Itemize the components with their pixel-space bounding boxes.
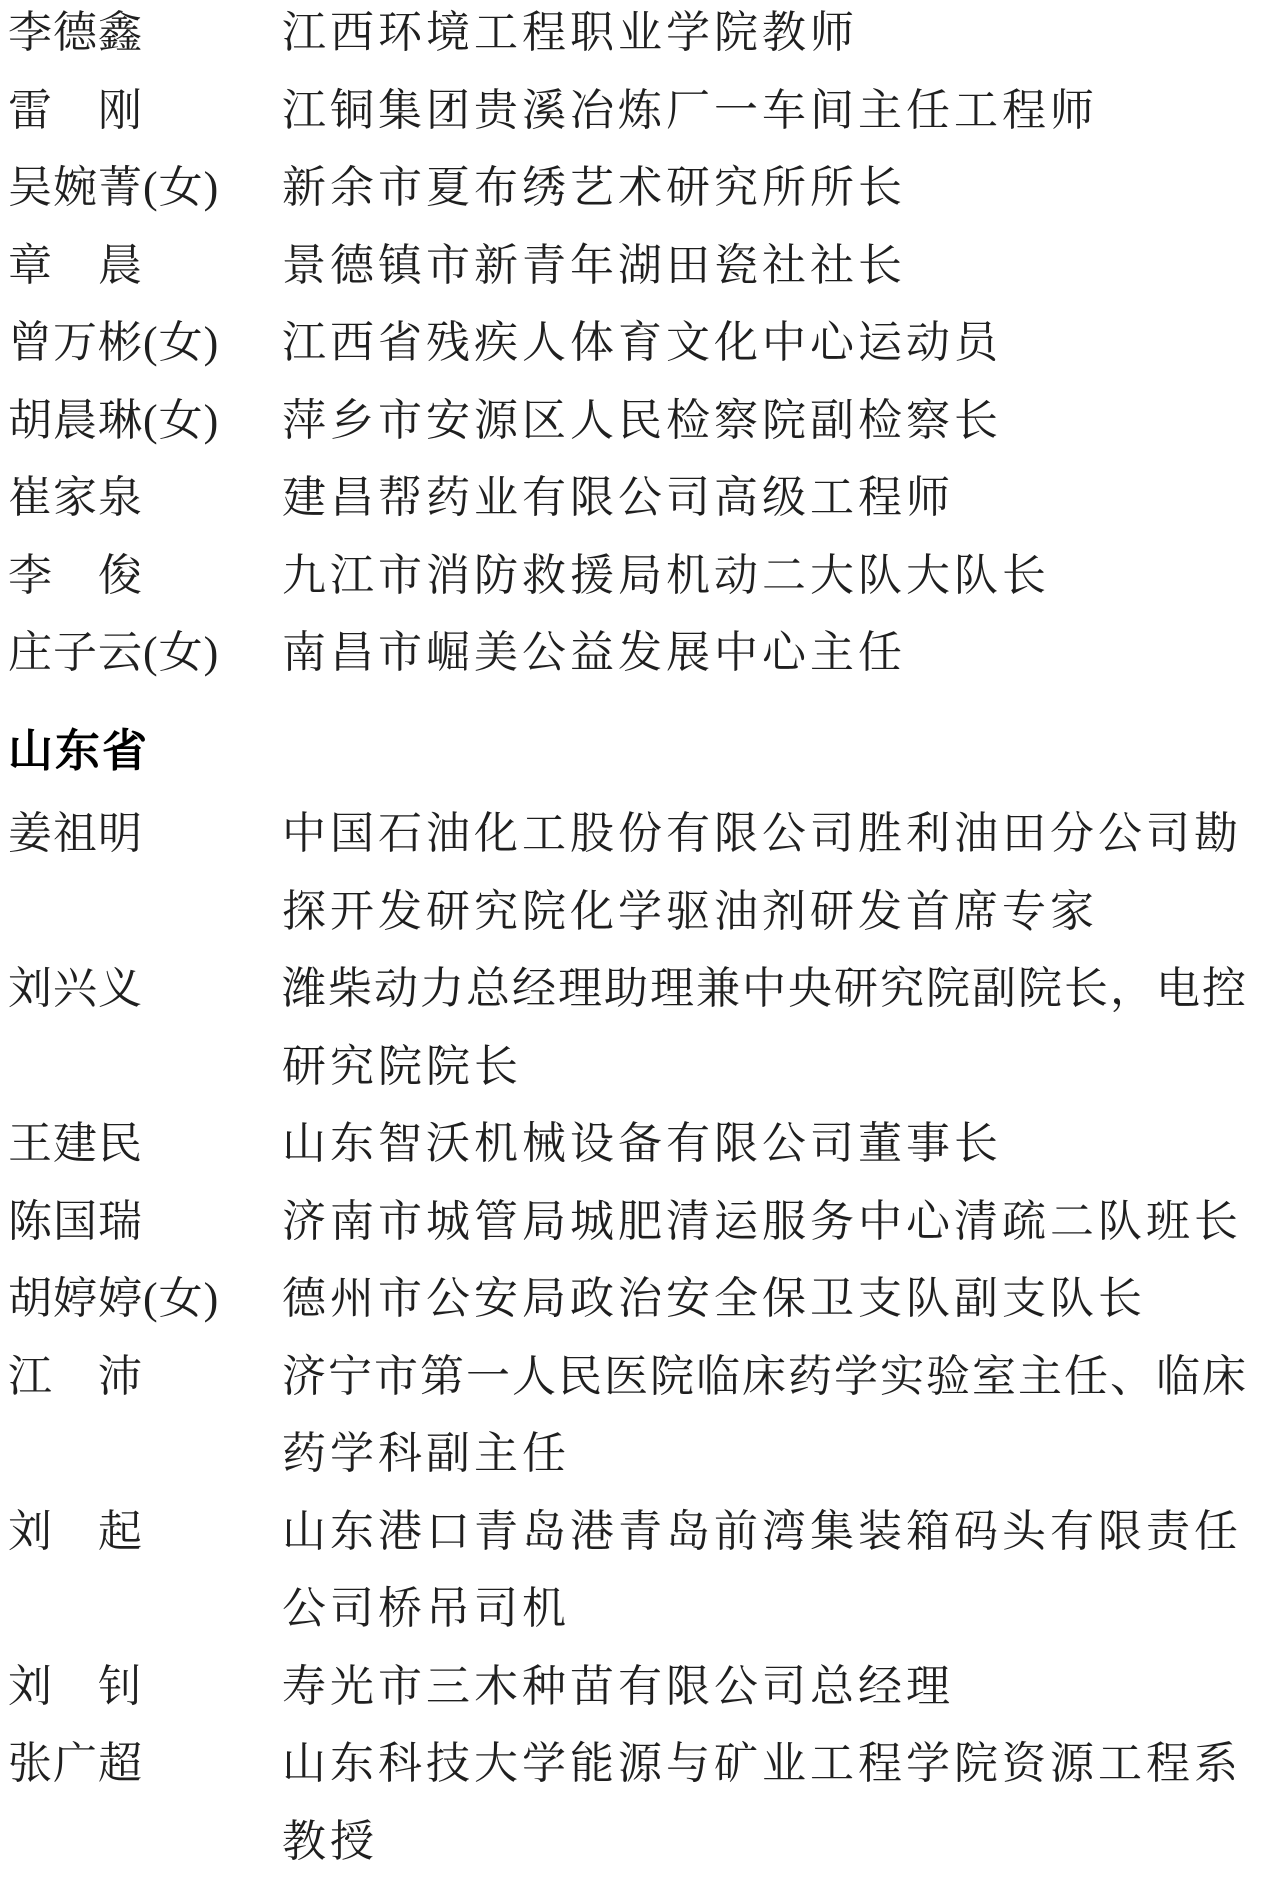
person-name: 王建民 — [8, 1105, 282, 1183]
person-name: 胡婷婷(女) — [8, 1260, 282, 1338]
person-title: 建昌帮药业有限公司高级工程师 — [282, 459, 1280, 537]
person-title-line: 研究院院长 — [282, 1028, 1280, 1106]
list-item: 刘 钊寿光市三木种苗有限公司总经理 — [8, 1648, 1280, 1726]
person-title-line: 建昌帮药业有限公司高级工程师 — [282, 459, 1280, 537]
person-title-line: 山东港口青岛港青岛前湾集装箱码头有限责任 — [282, 1493, 1280, 1571]
person-name: 刘 起 — [8, 1493, 282, 1571]
person-title-line: 济南市城管局城肥清运服务中心清疏二队班长 — [282, 1183, 1280, 1261]
person-title: 潍柴动力总经理助理兼中央研究院副院长，电控研究院院长 — [282, 950, 1280, 1105]
person-title: 江西省残疾人体育文化中心运动员 — [282, 304, 1280, 382]
list-item: 胡婷婷(女)德州市公安局政治安全保卫支队副支队长 — [8, 1260, 1280, 1338]
list-item: 姜祖明中国石油化工股份有限公司胜利油田分公司勘探开发研究院化学驱油剂研发首席专家 — [8, 795, 1280, 950]
person-title-line: 江西省残疾人体育文化中心运动员 — [282, 304, 1280, 382]
person-title: 九江市消防救援局机动二大队大队长 — [282, 537, 1280, 615]
person-name: 刘 钊 — [8, 1648, 282, 1726]
person-title: 寿光市三木种苗有限公司总经理 — [282, 1648, 1280, 1726]
person-name: 曾万彬(女) — [8, 304, 282, 382]
person-title: 江铜集团贵溪冶炼厂一车间主任工程师 — [282, 72, 1280, 150]
person-name: 张广超 — [8, 1725, 282, 1803]
list-item: 陈国瑞济南市城管局城肥清运服务中心清疏二队班长 — [8, 1183, 1280, 1261]
person-title-line: 公司桥吊司机 — [282, 1570, 1280, 1648]
list-item: 王建民山东智沃机械设备有限公司董事长 — [8, 1105, 1280, 1183]
person-name: 姜祖明 — [8, 795, 282, 873]
person-title-line: 景德镇市新青年湖田瓷社社长 — [282, 227, 1280, 305]
person-title-line: 寿光市三木种苗有限公司总经理 — [282, 1648, 1280, 1726]
person-title: 济南市城管局城肥清运服务中心清疏二队班长 — [282, 1183, 1280, 1261]
province-header: 山东省 — [8, 712, 1280, 790]
person-name: 庄子云(女) — [8, 614, 282, 692]
person-title: 萍乡市安源区人民检察院副检察长 — [282, 382, 1280, 460]
person-title: 景德镇市新青年湖田瓷社社长 — [282, 227, 1280, 305]
person-title-line: 九江市消防救援局机动二大队大队长 — [282, 537, 1280, 615]
person-title: 山东智沃机械设备有限公司董事长 — [282, 1105, 1280, 1183]
person-title-line: 德州市公安局政治安全保卫支队副支队长 — [282, 1260, 1280, 1338]
list-item: 庄子云(女)南昌市崛美公益发展中心主任 — [8, 614, 1280, 692]
list-item: 江 沛济宁市第一人民医院临床药学实验室主任、临床药学科副主任 — [8, 1338, 1280, 1493]
list-item: 李 俊九江市消防救援局机动二大队大队长 — [8, 537, 1280, 615]
person-title-line: 江西环境工程职业学院教师 — [282, 0, 1280, 72]
person-title-line: 中国石油化工股份有限公司胜利油田分公司勘 — [282, 795, 1280, 873]
person-title: 南昌市崛美公益发展中心主任 — [282, 614, 1280, 692]
person-title: 山东港口青岛港青岛前湾集装箱码头有限责任公司桥吊司机 — [282, 1493, 1280, 1648]
person-name: 胡晨琳(女) — [8, 382, 282, 460]
list-item: 胡晨琳(女)萍乡市安源区人民检察院副检察长 — [8, 382, 1280, 460]
person-title: 山东科技大学能源与矿业工程学院资源工程系教授 — [282, 1725, 1280, 1880]
person-title-line: 新余市夏布绣艺术研究所所长 — [282, 149, 1280, 227]
person-name: 江 沛 — [8, 1338, 282, 1416]
person-name: 崔家泉 — [8, 459, 282, 537]
person-title-line: 潍柴动力总经理助理兼中央研究院副院长，电控 — [282, 950, 1280, 1028]
person-name: 章 晨 — [8, 227, 282, 305]
person-title: 济宁市第一人民医院临床药学实验室主任、临床药学科副主任 — [282, 1338, 1280, 1493]
list-item: 雷 刚江铜集团贵溪冶炼厂一车间主任工程师 — [8, 72, 1280, 150]
person-name: 李德鑫 — [8, 0, 282, 72]
person-title-line: 药学科副主任 — [282, 1415, 1280, 1493]
province-section: 李德鑫江西环境工程职业学院教师雷 刚江铜集团贵溪冶炼厂一车间主任工程师吴婉菁(女… — [8, 0, 1280, 692]
province-section: 山东省姜祖明中国石油化工股份有限公司胜利油田分公司勘探开发研究院化学驱油剂研发首… — [8, 712, 1280, 1881]
person-title: 中国石油化工股份有限公司胜利油田分公司勘探开发研究院化学驱油剂研发首席专家 — [282, 795, 1280, 950]
list-item: 刘兴义潍柴动力总经理助理兼中央研究院副院长，电控研究院院长 — [8, 950, 1280, 1105]
person-title-line: 萍乡市安源区人民检察院副检察长 — [282, 382, 1280, 460]
person-title-line: 山东科技大学能源与矿业工程学院资源工程系 — [282, 1725, 1280, 1803]
list-item: 张广超山东科技大学能源与矿业工程学院资源工程系教授 — [8, 1725, 1280, 1880]
person-title: 新余市夏布绣艺术研究所所长 — [282, 149, 1280, 227]
document-page: 李德鑫江西环境工程职业学院教师雷 刚江铜集团贵溪冶炼厂一车间主任工程师吴婉菁(女… — [8, 0, 1280, 1880]
list-item: 章 晨景德镇市新青年湖田瓷社社长 — [8, 227, 1280, 305]
person-title-line: 济宁市第一人民医院临床药学实验室主任、临床 — [282, 1338, 1280, 1416]
person-name: 吴婉菁(女) — [8, 149, 282, 227]
person-name: 雷 刚 — [8, 72, 282, 150]
person-title-line: 江铜集团贵溪冶炼厂一车间主任工程师 — [282, 72, 1280, 150]
person-name: 陈国瑞 — [8, 1183, 282, 1261]
person-title: 江西环境工程职业学院教师 — [282, 0, 1280, 72]
person-title-line: 教授 — [282, 1803, 1280, 1881]
list-item: 吴婉菁(女)新余市夏布绣艺术研究所所长 — [8, 149, 1280, 227]
list-item: 刘 起山东港口青岛港青岛前湾集装箱码头有限责任公司桥吊司机 — [8, 1493, 1280, 1648]
person-title: 德州市公安局政治安全保卫支队副支队长 — [282, 1260, 1280, 1338]
person-title-line: 山东智沃机械设备有限公司董事长 — [282, 1105, 1280, 1183]
list-item: 曾万彬(女)江西省残疾人体育文化中心运动员 — [8, 304, 1280, 382]
person-name: 李 俊 — [8, 537, 282, 615]
list-item: 崔家泉建昌帮药业有限公司高级工程师 — [8, 459, 1280, 537]
person-title-line: 南昌市崛美公益发展中心主任 — [282, 614, 1280, 692]
person-name: 刘兴义 — [8, 950, 282, 1028]
person-title-line: 探开发研究院化学驱油剂研发首席专家 — [282, 873, 1280, 951]
list-item: 李德鑫江西环境工程职业学院教师 — [8, 0, 1280, 72]
